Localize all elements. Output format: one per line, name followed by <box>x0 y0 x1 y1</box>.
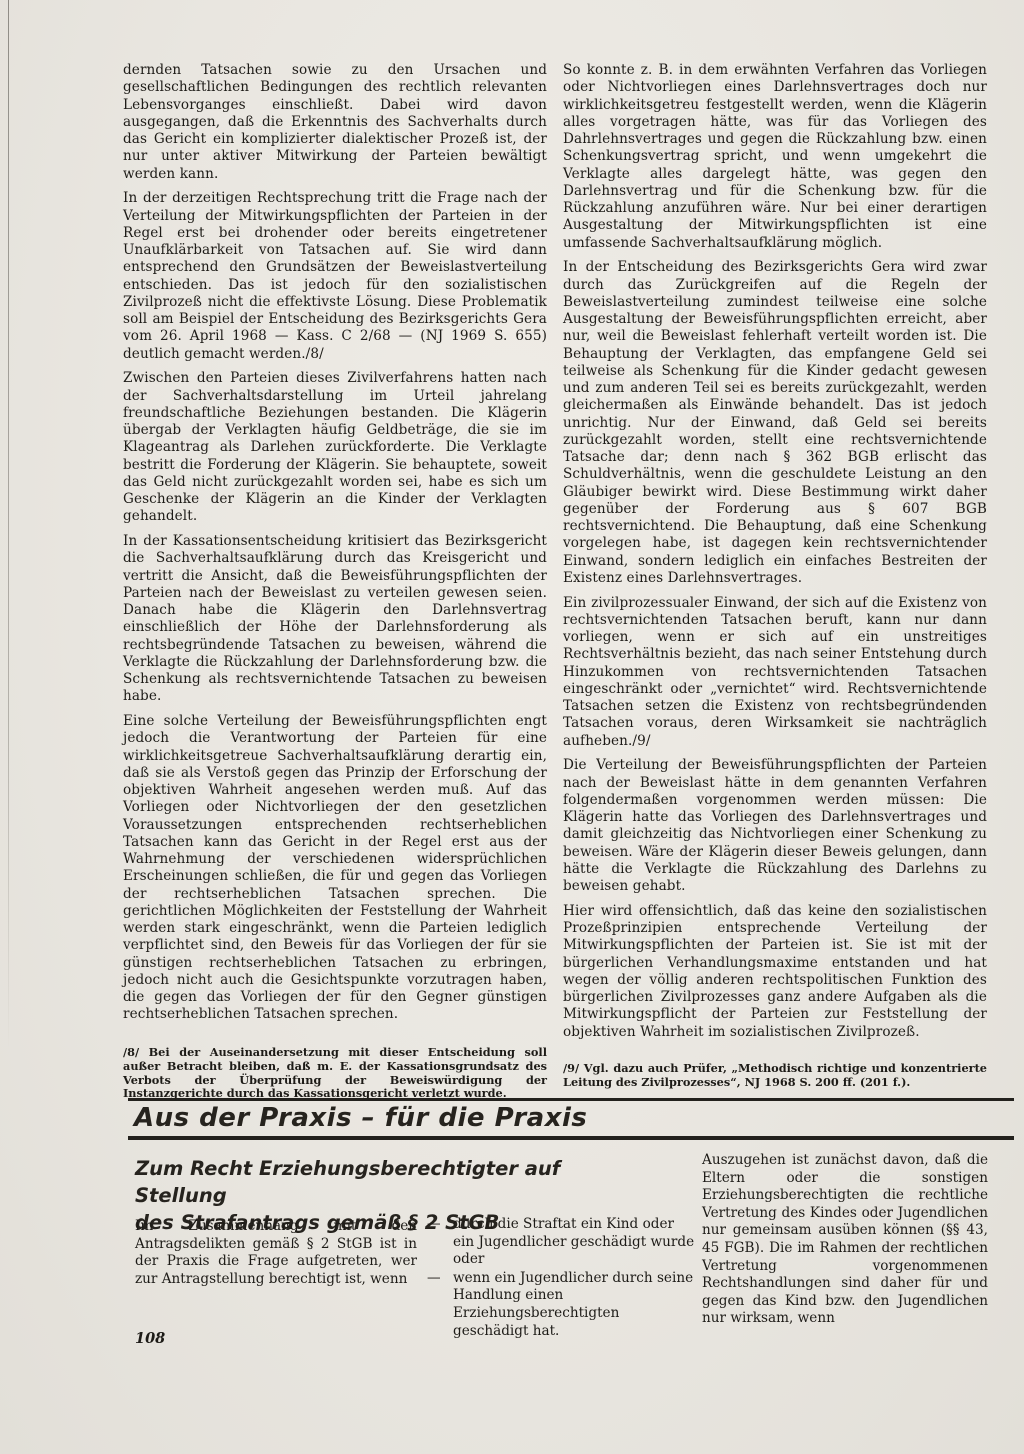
body-paragraph: So konnte z. B. in dem erwähnten Verfahr… <box>563 62 987 252</box>
praxis-list-column: — durch die Straftat ein Kind oder ein J… <box>427 1216 699 1341</box>
body-paragraph: Eine solche Verteilung der Beweisführung… <box>123 713 547 1024</box>
list-dash: — <box>427 1216 441 1234</box>
footnote-8: /8/ Bei der Auseinandersetzung mit diese… <box>123 1046 547 1101</box>
list-item: — wenn ein Jugendlicher durch seine Hand… <box>427 1270 699 1340</box>
body-paragraph: Auszugehen ist zunächst davon, daß die E… <box>702 1152 988 1328</box>
body-paragraph: dernden Tatsachen sowie zu den Ursachen … <box>123 62 547 183</box>
body-paragraph: Im Zusammenhang mit den Antragsdelikten … <box>135 1218 417 1288</box>
body-paragraph: Ein zivilprozessualer Einwand, der sich … <box>563 595 987 750</box>
footnote-9: /9/ Vgl. dazu auch Prüfer, „Methodisch r… <box>563 1062 987 1090</box>
list-item-text: wenn ein Jugendlicher durch seine Handlu… <box>453 1270 693 1339</box>
body-paragraph: Die Verteilung der Beweisführungspflicht… <box>563 757 987 895</box>
section-banner: Aus der Praxis – für die Praxis <box>128 1098 1014 1140</box>
body-paragraph: Hier wird offensichtlich, daß das keine … <box>563 903 987 1041</box>
praxis-right-column: Auszugehen ist zunächst davon, daß die E… <box>702 1152 988 1328</box>
article-left-column: dernden Tatsachen sowie zu den Ursachen … <box>123 62 547 1031</box>
body-paragraph: In der Entscheidung des Bezirksgerichts … <box>563 259 987 587</box>
list-dash: — <box>427 1270 441 1288</box>
body-paragraph: In der Kassationsentscheidung kritisiert… <box>123 533 547 706</box>
body-paragraph: In der derzeitigen Rechtsprechung tritt … <box>123 190 547 363</box>
body-paragraph: Zwischen den Parteien dieses Zivilverfah… <box>123 370 547 525</box>
praxis-article-title-line1: Zum Recht Erziehungsberechtigter auf Ste… <box>135 1155 605 1209</box>
list-item: — durch die Straftat ein Kind oder ein J… <box>427 1216 699 1269</box>
journal-page: dernden Tatsachen sowie zu den Ursachen … <box>0 0 1024 1454</box>
page-number: 108 <box>135 1330 165 1347</box>
section-banner-title: Aus der Praxis – für die Praxis <box>134 1103 587 1133</box>
list-item-text: durch die Straftat ein Kind oder ein Jug… <box>453 1216 694 1267</box>
article-right-column: So konnte z. B. in dem erwähnten Verfahr… <box>563 62 987 1048</box>
page-edge-line <box>8 0 9 1050</box>
praxis-intro-column: Im Zusammenhang mit den Antragsdelikten … <box>135 1218 417 1288</box>
